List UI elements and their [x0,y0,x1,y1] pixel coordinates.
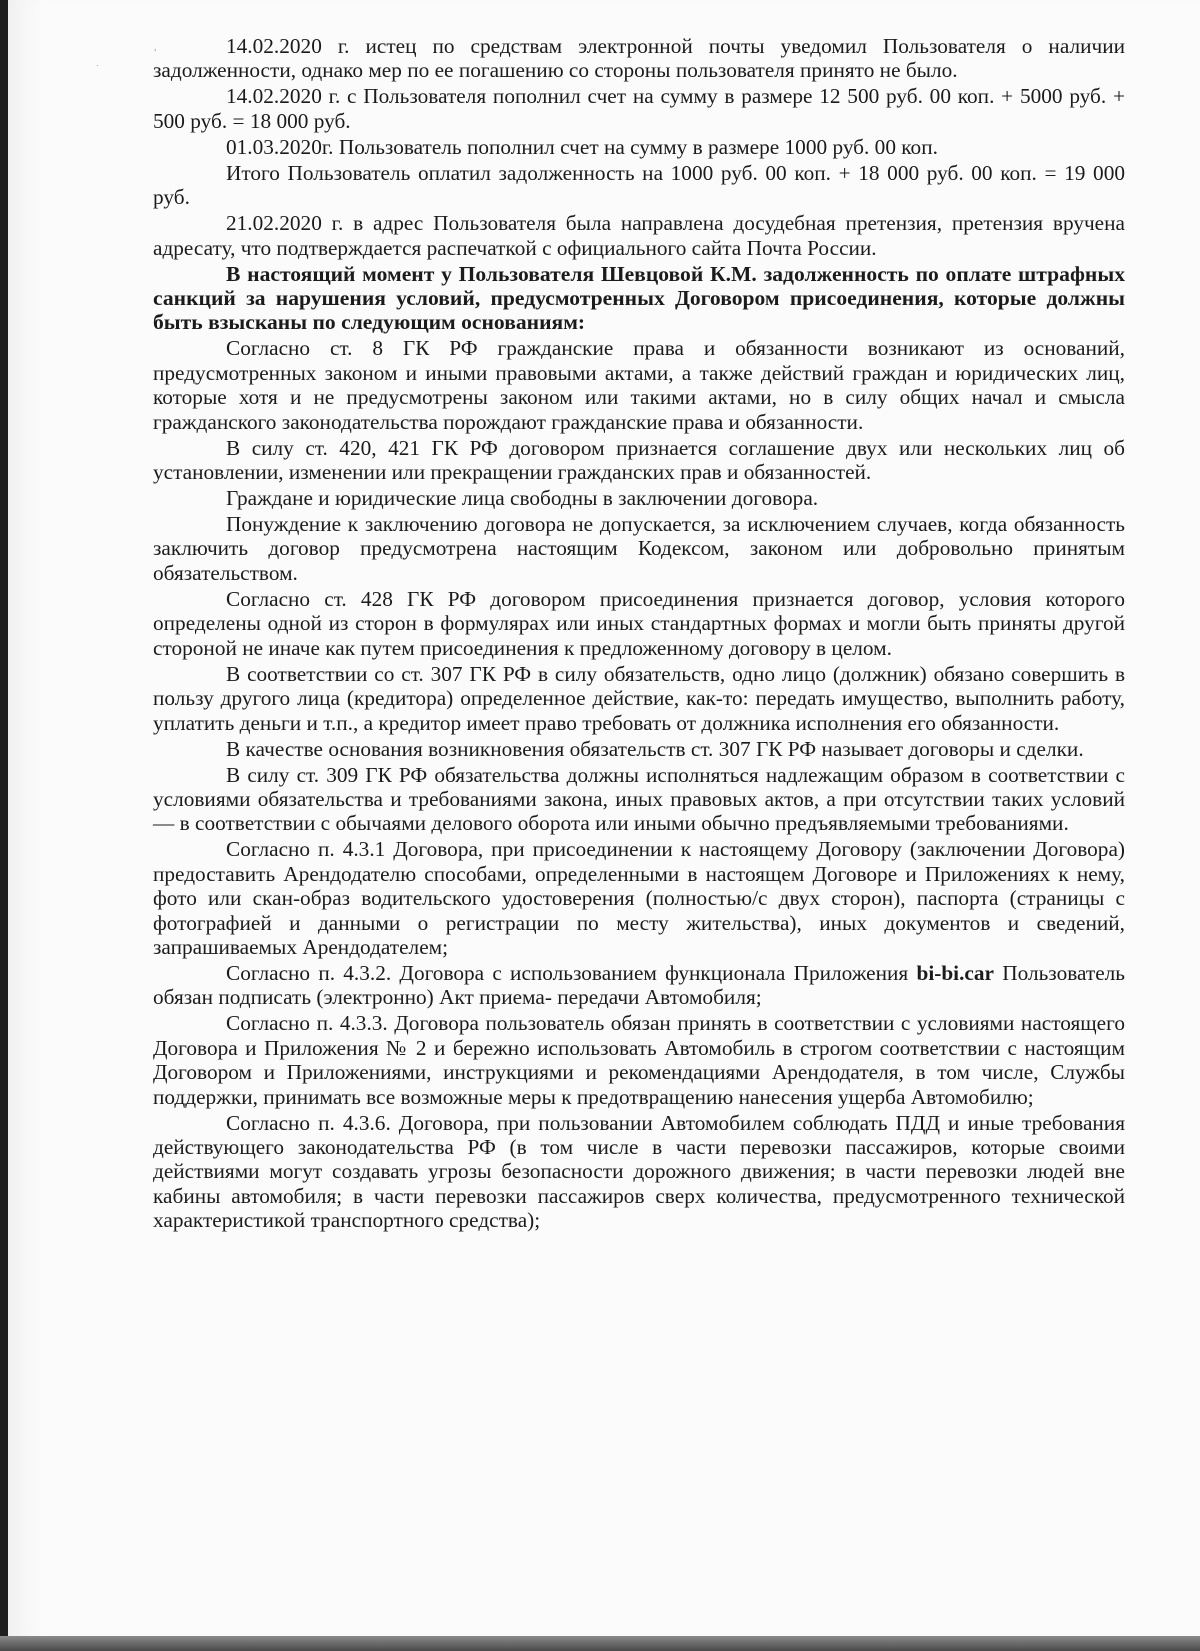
app-brand-name: bi-bi.car [916,961,994,985]
paragraph-art-8: Согласно ст. 8 ГК РФ гражданские права и… [153,336,1125,434]
paragraph-clause-4-3-3: Согласно п. 4.3.3. Договора пользователь… [153,1011,1125,1109]
scan-edge-bottom [0,1636,1200,1651]
paragraph-compulsion: Понуждение к заключению договора не допу… [153,512,1125,585]
paragraph-debt-statement: В настоящий момент у Пользователя Шевцов… [153,262,1125,335]
paragraph-freedom-of-contract: Граждане и юридические лица свободны в з… [153,486,1125,510]
document-body: 14.02.2020 г. истец по средствам электро… [153,34,1125,1234]
document-page: ʼ ˙ 14.02.2020 г. истец по средствам эле… [8,0,1200,1636]
paragraph-art-428: Согласно ст. 428 ГК РФ договором присоед… [153,587,1125,660]
paragraph-payment-1: 14.02.2020 г. с Пользователя пополнил сч… [153,84,1125,133]
paragraph-payment-2: 01.03.2020г. Пользователь пополнил счет … [153,135,1125,159]
paragraph-art-307: В соответствии со ст. 307 ГК РФ в силу о… [153,662,1125,735]
paragraph-art-309: В силу ст. 309 ГК РФ обязательства должн… [153,763,1125,836]
paragraph-art-420-421: В силу ст. 420, 421 ГК РФ договором приз… [153,436,1125,485]
clause-text-before: Согласно п. 4.3.2. Договора с использова… [226,961,916,985]
scan-edge-left [0,0,8,1651]
paragraph-art-307-basis: В качестве основания возникновения обяза… [153,737,1125,761]
scan-speck: ˙ [96,64,100,76]
paragraph-clause-4-3-6: Согласно п. 4.3.6. Договора, при пользов… [153,1111,1125,1233]
paragraph-notification: 14.02.2020 г. истец по средствам электро… [153,34,1125,83]
paragraph-clause-4-3-2: Согласно п. 4.3.2. Договора с использова… [153,961,1125,1010]
paragraph-clause-4-3-1: Согласно п. 4.3.1 Договора, при присоеди… [153,837,1125,959]
paragraph-pretrial-claim: 21.02.2020 г. в адрес Пользователя была … [153,211,1125,260]
paragraph-payment-total: Итого Пользователь оплатил задолженность… [153,161,1125,210]
